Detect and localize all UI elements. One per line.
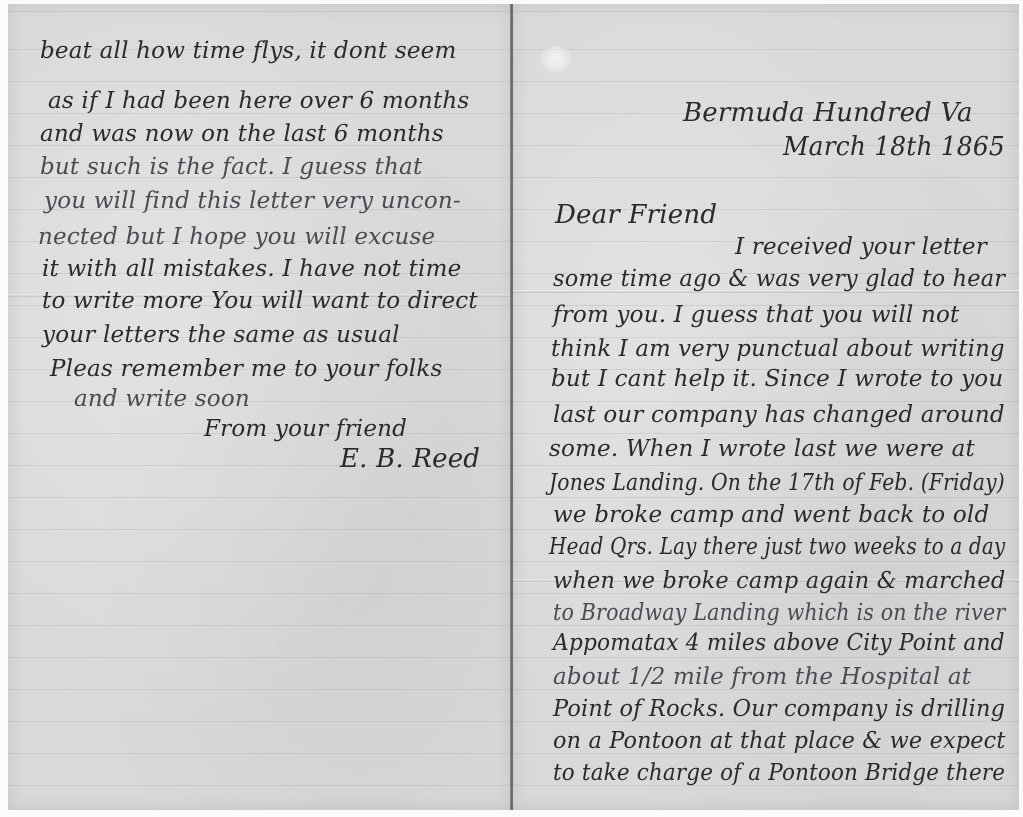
letter-line: Head Qrs. Lay there just two weeks to a … bbox=[549, 534, 1005, 560]
letter-date: March 18th 1865 bbox=[783, 132, 1005, 162]
letter-scan: beat all how time flys, it dont seem as … bbox=[0, 0, 1023, 817]
letter-line: it with all mistakes. I have not time bbox=[42, 256, 461, 282]
right-page: Bermuda Hundred Va March 18th 1865 Dear … bbox=[513, 4, 1019, 810]
left-page: beat all how time flys, it dont seem as … bbox=[8, 4, 512, 810]
letter-line: last our company has changed around bbox=[553, 402, 1005, 428]
letter-line: to take charge of a Pontoon Bridge there bbox=[553, 760, 1005, 786]
letter-line: from you. I guess that you will not bbox=[553, 302, 959, 328]
letter-line: beat all how time flys, it dont seem bbox=[40, 38, 457, 64]
letter-line: to Broadway Landing which is on the rive… bbox=[553, 600, 1005, 626]
letter-line: but such is the fact. I guess that bbox=[40, 154, 422, 180]
letter-line: nected but I hope you will excuse bbox=[38, 224, 435, 250]
letter-line: Jones Landing. On the 17th of Feb. (Frid… bbox=[549, 470, 1005, 496]
paper-stain bbox=[541, 46, 571, 72]
letter-line: but I cant help it. Since I wrote to you bbox=[551, 366, 1003, 392]
letter-line: and was now on the last 6 months bbox=[40, 121, 444, 147]
signature: E. B. Reed bbox=[340, 444, 480, 474]
salutation: Dear Friend bbox=[555, 200, 717, 230]
letter-line: think I am very punctual about writing bbox=[551, 336, 1005, 362]
letter-line: to write more You will want to direct bbox=[42, 288, 478, 314]
letter-line: Pleas remember me to your folks bbox=[50, 356, 443, 382]
letter-line: Point of Rocks. Our company is drilling bbox=[553, 696, 1005, 722]
letter-line: on a Pontoon at that place & we expect bbox=[553, 728, 1005, 754]
letter-line: some time ago & was very glad to hear bbox=[553, 266, 1005, 292]
letter-line: about 1/2 mile from the Hospital at bbox=[553, 664, 971, 690]
letter-line: I received your letter bbox=[735, 234, 987, 260]
letter-place: Bermuda Hundred Va bbox=[683, 98, 973, 128]
letter-line: some. When I wrote last we were at bbox=[549, 436, 975, 462]
letter-line: as if I had been here over 6 months bbox=[48, 88, 469, 114]
letter-line: when we broke camp again & marched bbox=[553, 568, 1005, 594]
letter-line: you will find this letter very uncon- bbox=[44, 188, 461, 214]
letter-line: Appomatax 4 miles above City Point and bbox=[553, 630, 1005, 656]
letter-line: and write soon bbox=[74, 386, 250, 412]
closing: From your friend bbox=[204, 416, 407, 442]
letter-line: your letters the same as usual bbox=[42, 322, 400, 348]
letter-line: we broke camp and went back to old bbox=[553, 502, 989, 528]
